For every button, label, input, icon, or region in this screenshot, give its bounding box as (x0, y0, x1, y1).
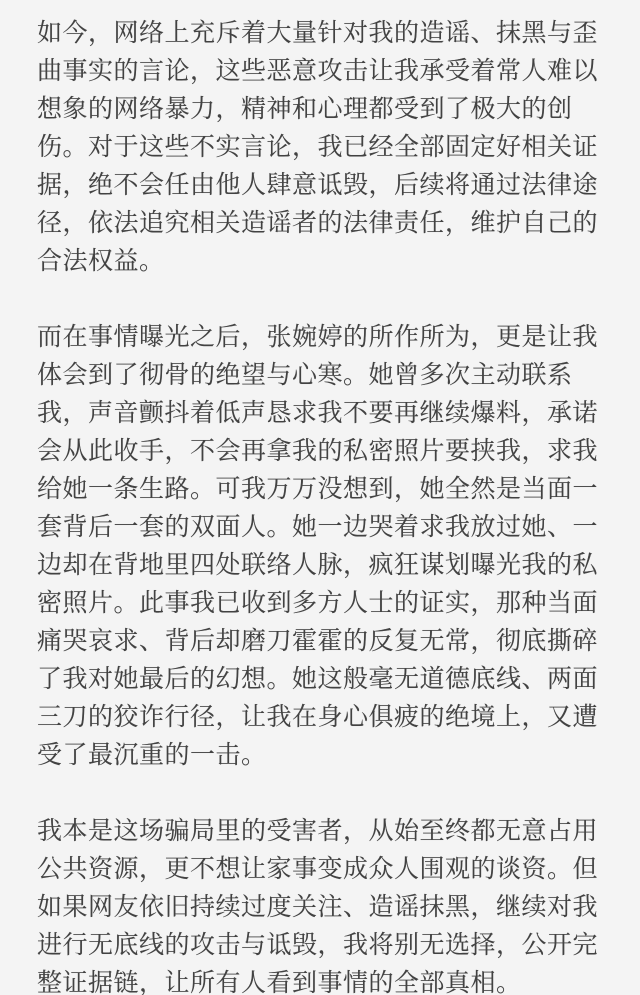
statement-body: 如今，网络上充斥着大量针对我的造谣、抹黑与歪曲事实的言论，这些恶意攻击让我承受着… (0, 0, 640, 995)
statement-paragraph-3: 我本是这场骗局里的受害者，从始至终都无意占用公共资源，更不想让家事变成众人围观的… (37, 812, 602, 995)
statement-paragraph-1: 如今，网络上充斥着大量针对我的造谣、抹黑与歪曲事实的言论，这些恶意攻击让我承受着… (37, 14, 602, 280)
statement-paragraph-2: 而在事情曝光之后，张婉婷的所作所为，更是让我体会到了彻骨的绝望与心寒。她曾多次主… (37, 318, 602, 774)
